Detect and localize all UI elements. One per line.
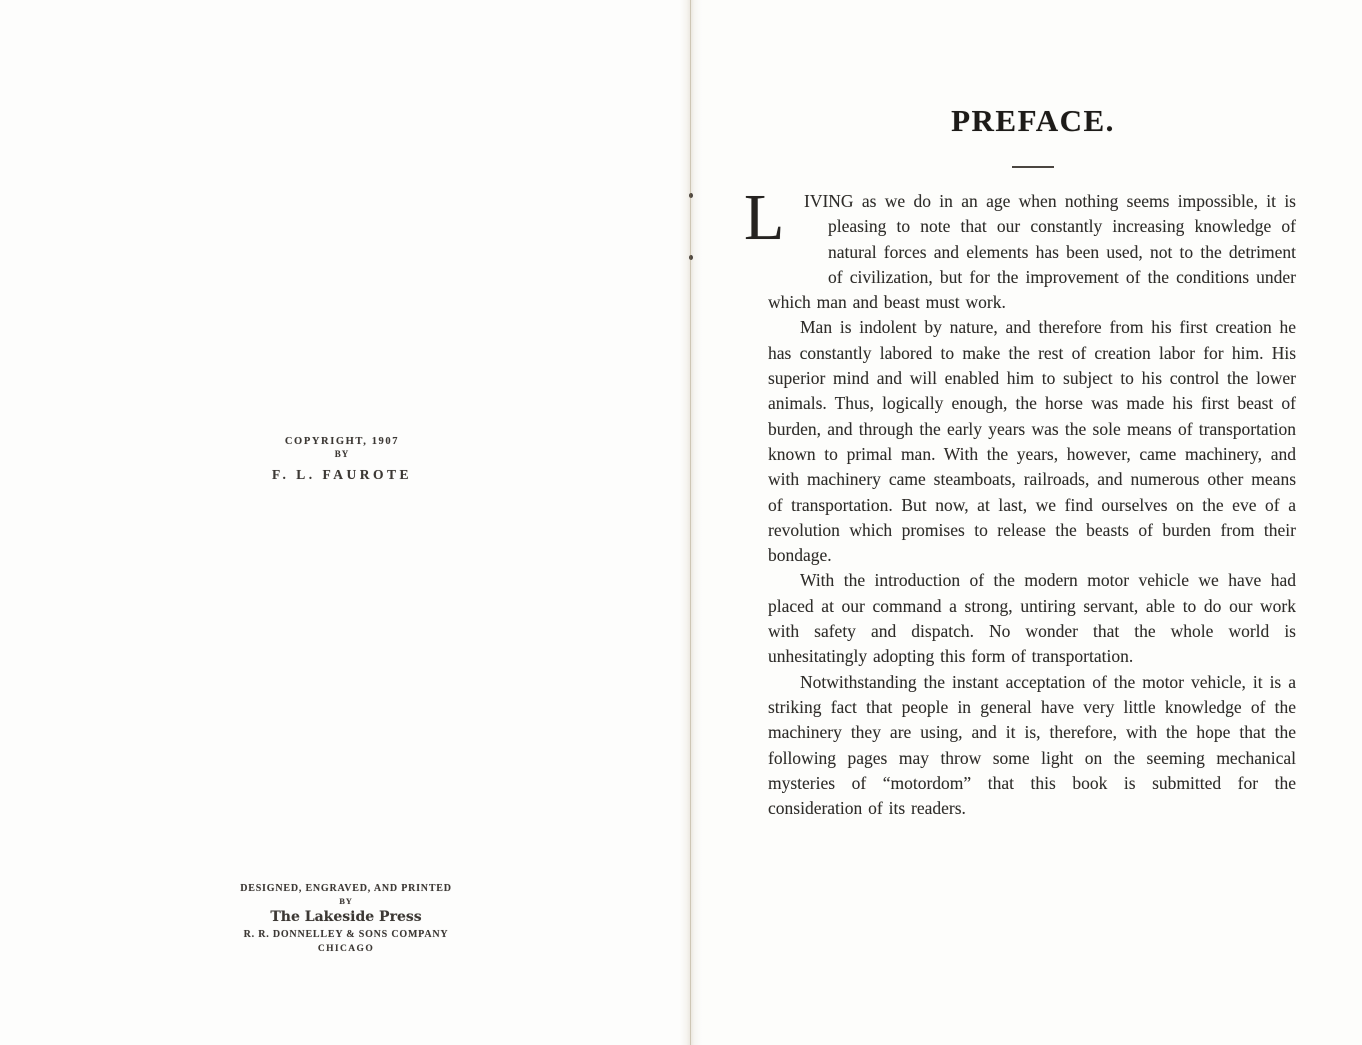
preface-paragraph-3: With the introduction of the modern moto… [768,568,1296,669]
colophon-designed-line: DESIGNED, ENGRAVED, AND PRINTED [203,883,489,894]
colophon-press-name: The Lakeside Press [203,909,489,925]
preface-paragraph-4: Notwithstanding the instant acceptation … [768,670,1296,822]
printer-colophon: DESIGNED, ENGRAVED, AND PRINTED BY The L… [203,883,489,954]
copyright-line: COPYRIGHT, 1907 [212,436,472,447]
colophon-by: BY [203,896,489,906]
copyright-page: COPYRIGHT, 1907 BY F. L. FAUROTE DESIGNE… [0,0,684,1045]
preface-paragraph-2: Man is indolent by nature, and therefore… [768,315,1296,568]
preface-page: PREFACE. LIVING as we do in an age when … [702,0,1362,1045]
page-gutter-crease [680,0,702,1045]
gutter-speck [689,193,693,198]
preface-heading: PREFACE. [768,103,1298,139]
preface-paragraph-1: LIVING as we do in an age when nothing s… [768,189,1296,315]
preface-body: LIVING as we do in an age when nothing s… [768,189,1296,821]
paragraph-text: IVING as we do in an age when nothing se… [768,191,1296,312]
heading-rule [1012,166,1054,168]
colophon-company-name: R. R. DONNELLEY & SONS COMPANY [203,929,489,940]
copyright-notice: COPYRIGHT, 1907 BY F. L. FAUROTE [212,436,472,483]
copyright-by: BY [212,449,472,459]
copyright-author: F. L. FAUROTE [212,467,472,483]
colophon-city: CHICAGO [203,944,489,954]
book-spread-scan: COPYRIGHT, 1907 BY F. L. FAUROTE DESIGNE… [0,0,1362,1045]
gutter-speck [689,255,693,260]
